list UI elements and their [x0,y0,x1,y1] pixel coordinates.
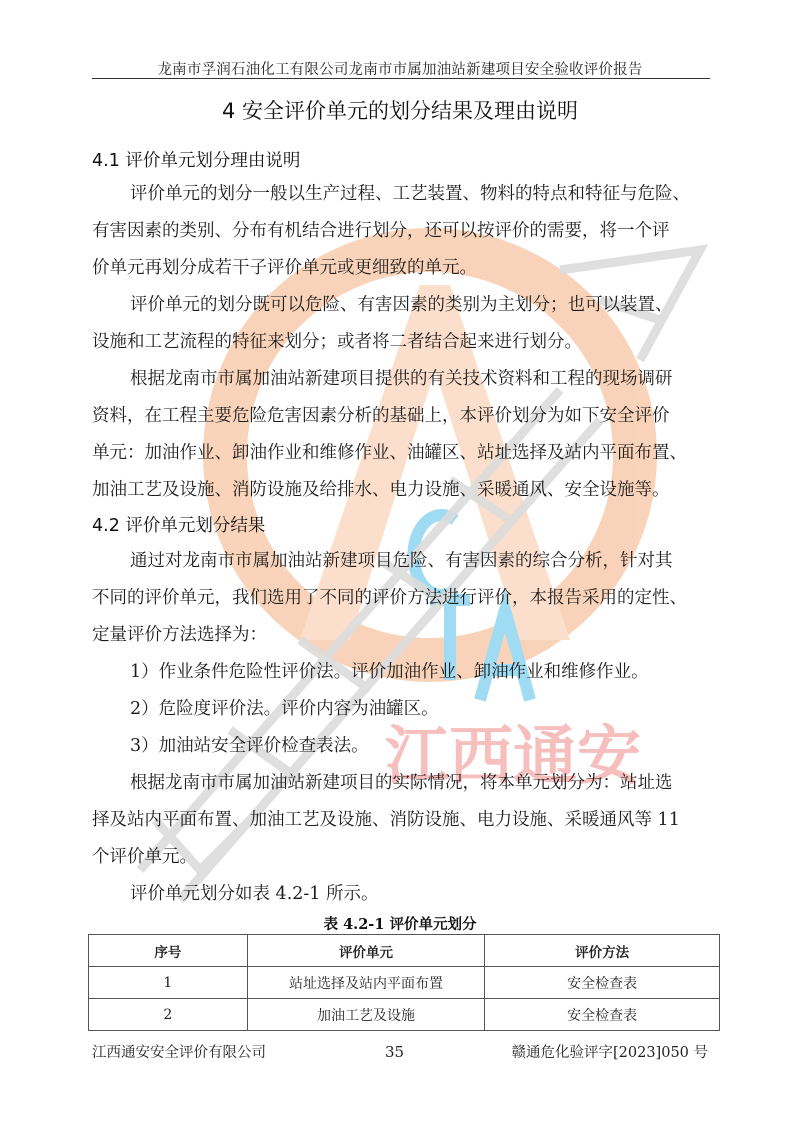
cell-index: 2 [89,999,248,1031]
paragraph-line: 评价单元划分如表 4.2-1 所示。 [130,884,379,904]
paragraph-division: 根据龙南市市属加油站新建项目的实际情况，将本单元划分为：站址选 择及站内平面布置… [92,765,712,876]
column-header-method: 评价方法 [485,935,720,967]
running-header: 龙南市孚润石油化工有限公司龙南市市属加油站新建项目安全验收评价报告 [90,58,710,79]
table-header-row: 序号 评价单元 评价方法 [89,935,720,967]
table-row: 1 站址选择及站内平面布置 安全检查表 [89,967,720,999]
page-number: 35 [385,1043,404,1061]
paragraph-2: 评价单元的划分既可以危险、有害因素的类别为主划分；也可以装置、 设施和工艺流程的… [92,287,712,361]
paragraph-3: 根据龙南市市属加油站新建项目提供的有关技术资料和工程的现场调研 资料，在工程主要… [92,361,712,509]
table-row: 2 加油工艺及设施 安全检查表 [89,999,720,1031]
section-title-4-2: 4.2 评价单元划分结果 [92,512,265,537]
paragraph-line: 通过对龙南市市属加油站新建项目危险、有害因素的综合分析，针对其 [130,551,673,571]
footer-company: 江西通安安全评价有限公司 [92,1041,266,1062]
paragraph-line: 有害因素的类别、分布有机结合进行划分，还可以按评价的需要，将一个评 [92,213,712,250]
column-header-unit: 评价单元 [247,935,485,967]
document-page: 江西通安 龙南市孚润石油化工有限公司龙南市市属加油站新建项目安全验收评价报告 4… [0,0,800,1131]
cell-method: 安全检查表 [485,999,720,1031]
cell-method: 安全检查表 [485,967,720,999]
paragraph-line: 加油工艺及设施、消防设施及给排水、电力设施、采暖通风、安全设施等。 [92,472,712,509]
method-item-1: 1）作业条件危险性评价法。评价加油作业、卸油作业和维修作业。 [92,654,712,691]
paragraph-line: 设施和工艺流程的特征来划分；或者将二者结合起来进行划分。 [92,324,712,361]
paragraph-line: 价单元再划分成若干子评价单元或更细致的单元。 [92,250,712,287]
paragraph-line: 评价单元的划分既可以危险、有害因素的类别为主划分；也可以装置、 [130,295,673,315]
header-divider [92,78,710,79]
paragraph-line: 单元：加油作业、卸油作业和维修作业、油罐区、站址选择及站内平面布置、 [92,435,712,472]
paragraph-line: 定量评价方法选择为： [92,617,712,654]
cell-unit: 加油工艺及设施 [247,999,485,1031]
section-title-4-1: 4.1 评价单元划分理由说明 [92,147,300,172]
paragraph-table-ref: 评价单元划分如表 4.2-1 所示。 [92,876,712,913]
paragraph-line: 不同的评价单元，我们选用了不同的评价方法进行评价，本报告采用的定性、 [92,580,712,617]
paragraph-line: 资料，在工程主要危险危害因素分析的基础上，本评价划分为如下安全评价 [92,398,712,435]
paragraph-4-2-intro: 通过对龙南市市属加油站新建项目危险、有害因素的综合分析，针对其 不同的评价单元，… [92,543,712,654]
method-item-2: 2）危险度评价法。评价内容为油罐区。 [92,691,712,728]
cell-index: 1 [89,967,248,999]
column-header-index: 序号 [89,935,248,967]
paragraph-line: 评价单元的划分一般以生产过程、工艺装置、物料的特点和特征与危险、 [130,184,690,204]
footer-doc-number: 赣通危化验评字[2023]050 号 [512,1041,709,1062]
paragraph-line: 根据龙南市市属加油站新建项目的实际情况，将本单元划分为：站址选 [130,773,673,793]
paragraph-line: 择及站内平面布置、加油工艺及设施、消防设施、电力设施、采暖通风等 11 [92,802,712,839]
method-list: 1）作业条件危险性评价法。评价加油作业、卸油作业和维修作业。 2）危险度评价法。… [92,654,712,765]
evaluation-unit-table: 序号 评价单元 评价方法 1 站址选择及站内平面布置 安全检查表 2 加油工艺及… [88,934,720,1031]
chapter-title: 4 安全评价单元的划分结果及理由说明 [90,95,710,125]
cell-unit: 站址选择及站内平面布置 [247,967,485,999]
paragraph-1: 评价单元的划分一般以生产过程、工艺装置、物料的特点和特征与危险、 有害因素的类别… [92,176,712,287]
paragraph-line: 个评价单元。 [92,839,712,876]
method-item-3: 3）加油站安全评价检查表法。 [92,728,712,765]
table-caption: 表 4.2-1 评价单元划分 [90,913,710,934]
paragraph-line: 根据龙南市市属加油站新建项目提供的有关技术资料和工程的现场调研 [130,369,673,389]
